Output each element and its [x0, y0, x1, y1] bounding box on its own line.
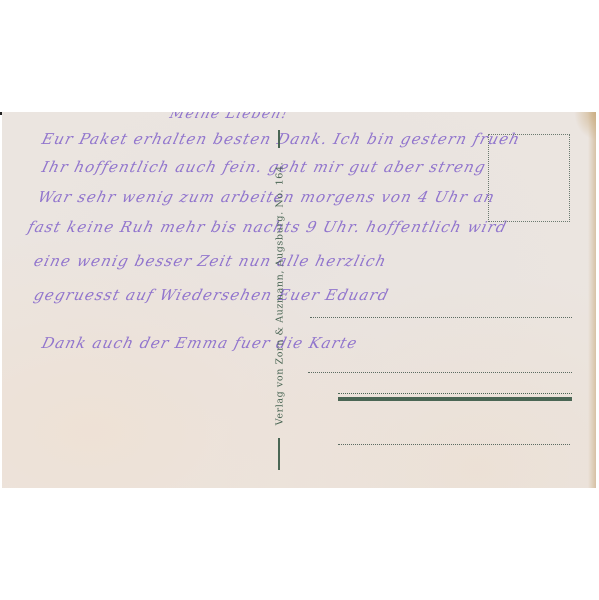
- address-line-1: [310, 317, 572, 318]
- publisher-imprint: Verlag von Zorn & Auzmann, Augsburg. No.…: [275, 156, 286, 432]
- handwritten-line-5: eine wenig besser Zeit nun alle herzlich: [32, 252, 389, 270]
- address-line-4: [338, 444, 570, 445]
- handwritten-line-6: gegruesst auf Wiedersehen Euer Eduard: [32, 286, 391, 304]
- handwritten-line-2: Ihr hoffentlich auch fein. geht mir gut …: [40, 158, 488, 176]
- center-divider: Verlag von Zorn & Auzmann, Augsburg. No.…: [278, 130, 280, 470]
- handwritten-line-4: fast keine Ruh mehr bis nachts 9 Uhr. ho…: [26, 218, 509, 236]
- postcard-scan: Meine Lieben! Eur Paket erhalten besten …: [0, 0, 599, 600]
- corner-stain: [574, 112, 596, 140]
- handwritten-line-7: Dank auch der Emma fuer die Karte: [40, 334, 360, 352]
- address-line-2: [308, 372, 572, 373]
- address-line-3: [338, 397, 572, 401]
- edge-stain: [588, 112, 596, 488]
- handwritten-greeting: Meine Lieben!: [168, 112, 290, 122]
- postcard-back: Meine Lieben! Eur Paket erhalten besten …: [2, 112, 596, 488]
- address-line-3-dots: [338, 393, 572, 394]
- handwritten-line-1: Eur Paket erhalten besten Dank. Ich bin …: [40, 130, 523, 148]
- divider-line-bottom: [278, 438, 280, 470]
- handwritten-line-3: War sehr wenig zum arbeiten morgens von …: [36, 188, 497, 206]
- divider-line-top: [278, 130, 280, 148]
- stamp-box: [488, 134, 570, 222]
